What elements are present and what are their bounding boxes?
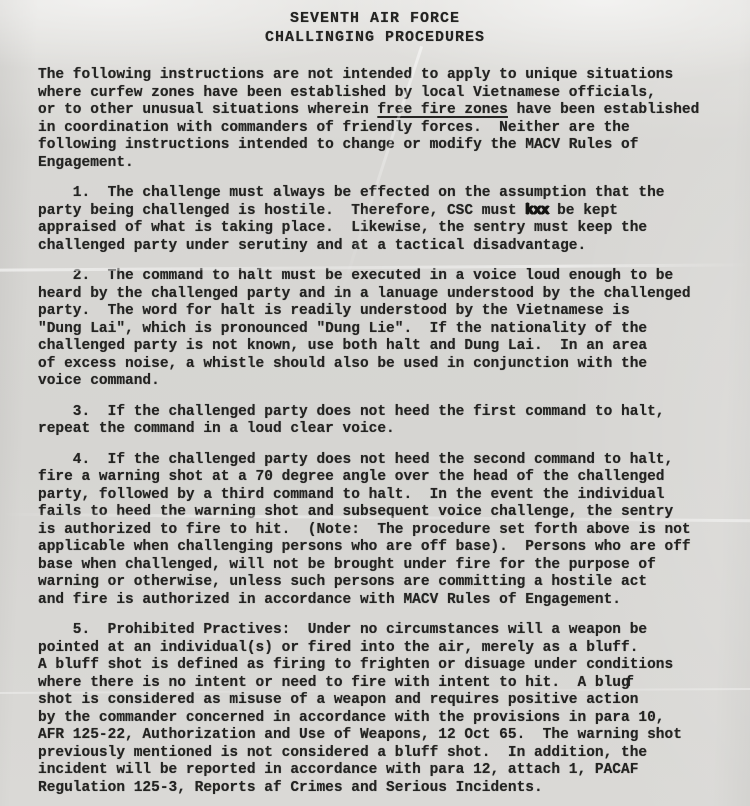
text-segment: or to other unusual situations wherein xyxy=(38,102,377,118)
text-line: pointed at an individual(s) or fired int… xyxy=(38,640,730,658)
overtyped-characters: gf xyxy=(621,675,629,691)
text-line: challenged party is not known, use both … xyxy=(38,338,730,356)
text-line: of excess noise, a whistle should also b… xyxy=(38,356,730,374)
text-line: and fire is authorized in accordance wit… xyxy=(38,592,730,610)
text-segment: party being challenged is hostile. There… xyxy=(38,203,525,219)
text-line: Regulation 125-3, Reports af Crimes and … xyxy=(38,780,730,798)
underlined-phrase-free-fire-zones: free fire zones xyxy=(377,102,508,118)
text-line: Engagement. xyxy=(38,155,730,173)
text-line: in coordination with commanders of frien… xyxy=(38,120,730,138)
text-line: applicable when challenging persons who … xyxy=(38,539,730,557)
text-line: repeat the command in a loud clear voice… xyxy=(38,421,730,439)
text-line: incident will be reported in accordance … xyxy=(38,762,730,780)
text-segment: where there is no intent or need to fire… xyxy=(38,675,621,691)
text-line: party. The word for halt is readily unde… xyxy=(38,303,730,321)
numbered-paragraph-1: 1. The challenge must always be effected… xyxy=(38,185,730,255)
text-line: A bluff shot is defined as firing to fri… xyxy=(38,657,730,675)
text-line: 3. If the challenged party does not heed… xyxy=(38,404,730,422)
text-line: is authorized to fire to hit. (Note: The… xyxy=(38,522,730,540)
numbered-paragraph-2: 2. The command to halt must be executed … xyxy=(38,268,730,391)
text-segment: have been established xyxy=(508,102,699,118)
numbered-paragraph-3: 3. If the challenged party does not heed… xyxy=(38,404,730,439)
overtyped-strikeout-word: kxx xyxy=(525,203,548,219)
text-line: party, followed by a third command to ha… xyxy=(38,487,730,505)
document-title: SEVENTH AIR FORCE CHALLINGING PROCEDURES xyxy=(38,9,712,47)
text-line: shot is considered as misuse of a weapon… xyxy=(38,692,730,710)
document-title-line-1: SEVENTH AIR FORCE xyxy=(38,9,712,28)
text-line: challenged party under serutiny and at a… xyxy=(38,238,730,256)
text-line: 2. The command to halt must be executed … xyxy=(38,268,730,286)
text-line: The following instructions are not inten… xyxy=(38,67,730,85)
text-line: "Dung Lai", which is pronounced "Dung Li… xyxy=(38,321,730,339)
text-line: 4. If the challenged party does not heed… xyxy=(38,452,730,470)
text-line: fire a warning shot at a 70 degree angle… xyxy=(38,469,730,487)
text-line: voice command. xyxy=(38,373,730,391)
text-line: base when challenged, will not be brough… xyxy=(38,557,730,575)
text-line: party being challenged is hostile. There… xyxy=(38,203,730,221)
text-line: following instructions intended to chang… xyxy=(38,137,730,155)
text-line: appraised of what is taking place. Likew… xyxy=(38,220,730,238)
scanned-document-page: SEVENTH AIR FORCE CHALLINGING PROCEDURES… xyxy=(0,0,750,806)
numbered-paragraph-4: 4. If the challenged party does not heed… xyxy=(38,452,730,610)
text-line: or to other unusual situations wherein f… xyxy=(38,102,730,120)
text-line: where there is no intent or need to fire… xyxy=(38,675,730,693)
text-line: 5. Prohibited Practives: Under no circum… xyxy=(38,622,730,640)
text-line: previously mentioned is not considered a… xyxy=(38,745,730,763)
intro-paragraph: The following instructions are not inten… xyxy=(38,67,730,172)
text-line: heard by the challenged party and in a l… xyxy=(38,286,730,304)
document-title-line-2: CHALLINGING PROCEDURES xyxy=(38,28,712,47)
text-segment: be kept xyxy=(548,203,618,219)
numbered-paragraph-5: 5. Prohibited Practives: Under no circum… xyxy=(38,622,730,797)
text-line: fails to heed the warning shot and subse… xyxy=(38,504,730,522)
text-line: by the commander concerned in accordance… xyxy=(38,710,730,728)
text-line: warning or otherwise, unless such person… xyxy=(38,574,730,592)
text-line: AFR 125-22, Authorization and Use of Wea… xyxy=(38,727,730,745)
text-line: 1. The challenge must always be effected… xyxy=(38,185,730,203)
text-line: where curfew zones have been established… xyxy=(38,85,730,103)
